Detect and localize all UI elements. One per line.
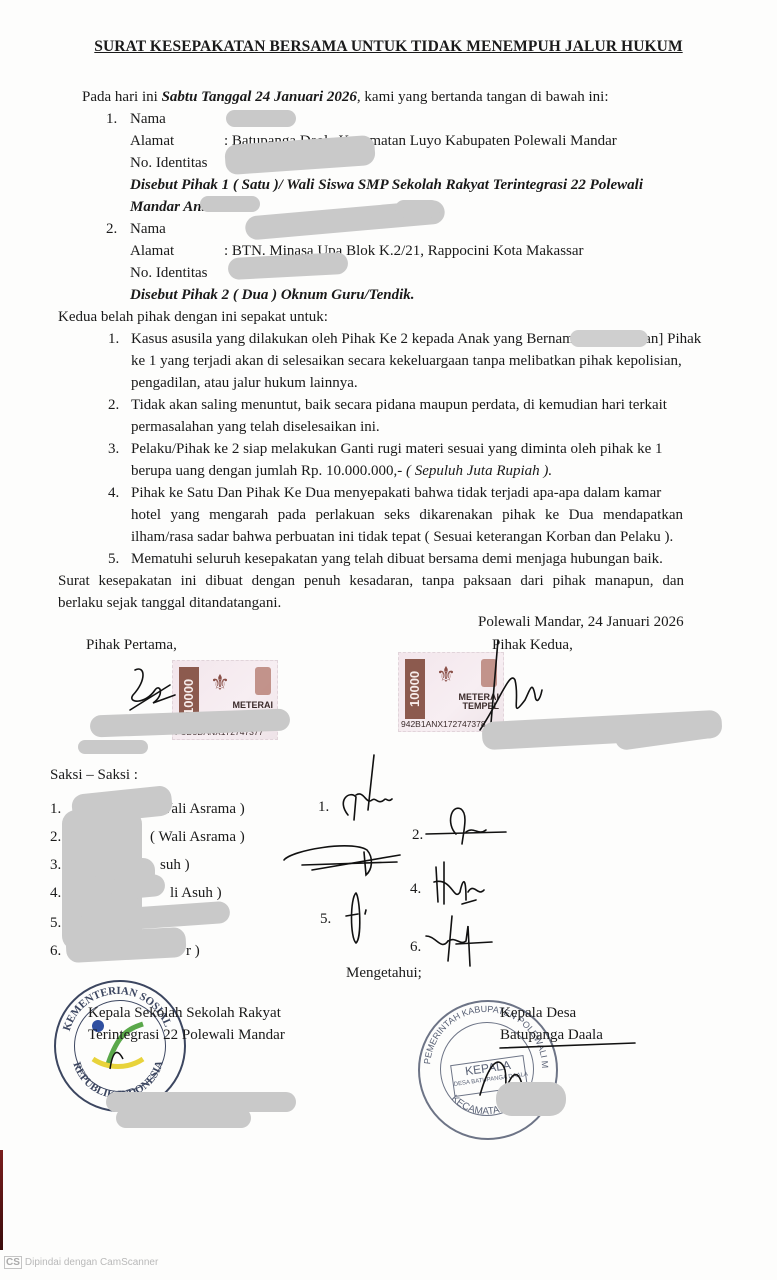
agreement-intro: Kedua belah pihak dengan ini sepakat unt… (58, 306, 328, 328)
clause-4-number: 4. (108, 482, 119, 504)
redacted-party-2-name-b (395, 200, 440, 218)
place-date: Polewali Mandar, 24 Januari 2026 (478, 611, 684, 633)
witness-sig-number-2: 2. (412, 824, 423, 846)
witness-signature-6 (426, 916, 496, 971)
clause-3-amount: berupa uang dengan jumlah Rp. 10.000.000… (131, 463, 406, 479)
clause-2-number: 2. (108, 394, 119, 416)
camscanner-logo-icon: CS (4, 1256, 22, 1269)
witness-signature-3 (282, 840, 402, 880)
clause-2-line-2: permasalahan yang telah diselesaikan ini… (131, 416, 380, 438)
witness-sig-number-1: 1. (318, 796, 329, 818)
party-1-designation-line1: Disebut Pihak 1 ( Satu )/ Wali Siswa SMP… (130, 174, 643, 196)
document-title: SURAT KESEPAKATAN BERSAMA UNTUK TIDAK ME… (0, 38, 777, 56)
witness-3-role: suh ) (160, 854, 190, 876)
intro-line: Pada hari ini Sabtu Tanggal 24 Januari 2… (82, 86, 609, 108)
closing-line-2: berlaku sejak tanggal ditandatangani. (58, 592, 281, 614)
witness-sig-number-6: 6. (410, 936, 421, 958)
party-2-address-label: Alamat (130, 240, 174, 262)
clause-2-line-1: Tidak akan saling menuntut, baik secara … (131, 394, 667, 416)
school-head-line2: Terintegrasi 22 Polewali Mandar (88, 1024, 285, 1046)
party-1-address-label: Alamat (130, 130, 174, 152)
witness-3-number: 3. (50, 854, 61, 876)
redacted-village-head-name (496, 1082, 566, 1116)
intro-prefix: Pada hari ini (82, 89, 162, 105)
redacted-school-head-nip (116, 1108, 251, 1128)
party-2-number: 2. (106, 218, 117, 240)
witness-6-role: r ) (186, 940, 200, 962)
redacted-first-party-name-b (78, 740, 148, 754)
scanner-watermark-text: Dipindai dengan CamScanner (25, 1257, 158, 1268)
clause-5-line-1: Mematuhi seluruh kesepakatan yang telah … (131, 548, 663, 570)
clause-4-line-3: ilham/rasa sadar bahwa perbuatan ini tid… (131, 526, 673, 548)
acknowledged-label: Mengetahui; (346, 962, 422, 984)
clause-5-number: 5. (108, 548, 119, 570)
party-2-name-label: Nama (130, 218, 166, 240)
witness-5-number: 5. (50, 912, 61, 934)
village-head-line1: Kepala Desa (500, 1002, 576, 1024)
closing-line-1: Surat kesepakatan ini dibuat dengan penu… (58, 570, 684, 592)
party-1-name-label: Nama (130, 108, 166, 130)
clause-4-line-2: hotel yang mengarah pada perlakuan seks … (131, 504, 683, 526)
redacted-child-name-clause (570, 330, 648, 347)
clause-1-number: 1. (108, 328, 119, 350)
party-2-id-label: No. Identitas (130, 262, 207, 284)
witness-4-role: li Asuh ) (170, 882, 222, 904)
witness-signature-2 (426, 804, 506, 849)
first-party-label: Pihak Pertama, (86, 634, 177, 656)
intro-date: Sabtu Tanggal 24 Januari 2026 (162, 89, 357, 105)
witness-sig-number-5: 5. (320, 908, 331, 930)
witnesses-heading: Saksi – Saksi : (50, 764, 138, 786)
redacted-party-1-name (226, 110, 296, 127)
party-2-designation: Disebut Pihak 2 ( Dua ) Oknum Guru/Tendi… (130, 284, 415, 306)
witness-sig-number-4: 4. (410, 878, 421, 900)
redacted-witness-6 (65, 927, 186, 963)
witness-2-number: 2. (50, 826, 61, 848)
witness-signature-4 (432, 862, 487, 912)
garuda-emblem-icon: ⚜ (435, 661, 457, 689)
clause-1-line-3: pengadilan, atau jalur hukum lainnya. (131, 372, 358, 394)
page-edge-shadow (0, 1150, 3, 1250)
scanner-watermark: CSDipindai dengan CamScanner (4, 1256, 158, 1269)
intro-suffix: , kami yang bertanda tangan di bawah ini… (357, 89, 609, 105)
witness-signature-5 (344, 888, 374, 948)
witness-6-number: 6. (50, 940, 61, 962)
witness-1-number: 1. (50, 798, 61, 820)
clause-3-number: 3. (108, 438, 119, 460)
party-1-id-label: No. Identitas (130, 152, 207, 174)
garuda-emblem-icon: ⚜ (209, 669, 231, 697)
clause-3-line-2: berupa uang dengan jumlah Rp. 10.000.000… (131, 460, 552, 482)
witness-4-number: 4. (50, 882, 61, 904)
witness-2-role: ( Wali Asrama ) (150, 826, 245, 848)
party-1-designation-line2: Mandar An. (130, 196, 205, 218)
school-head-line1: Kepala Sekolah Sekolah Rakyat (88, 1002, 281, 1024)
clause-4-line-1: Pihak ke Satu Dan Pihak Ke Dua menyepaka… (131, 482, 661, 504)
party-1-number: 1. (106, 108, 117, 130)
clause-3-amount-words: ( Sepuluh Juta Rupiah ). (406, 463, 552, 479)
witness-signature-1 (336, 755, 396, 820)
signature-first-party (125, 665, 185, 715)
map-icon (255, 667, 271, 695)
stamp-2-value: 10000 (405, 659, 425, 719)
redacted-child-name (200, 196, 260, 212)
redacted-witness-4 (109, 874, 166, 901)
clause-1-line-2: ke 1 yang terjadi akan di selesaikan sec… (131, 350, 682, 372)
clause-3-line-1: Pelaku/Pihak ke 2 siap melakukan Ganti r… (131, 438, 663, 460)
